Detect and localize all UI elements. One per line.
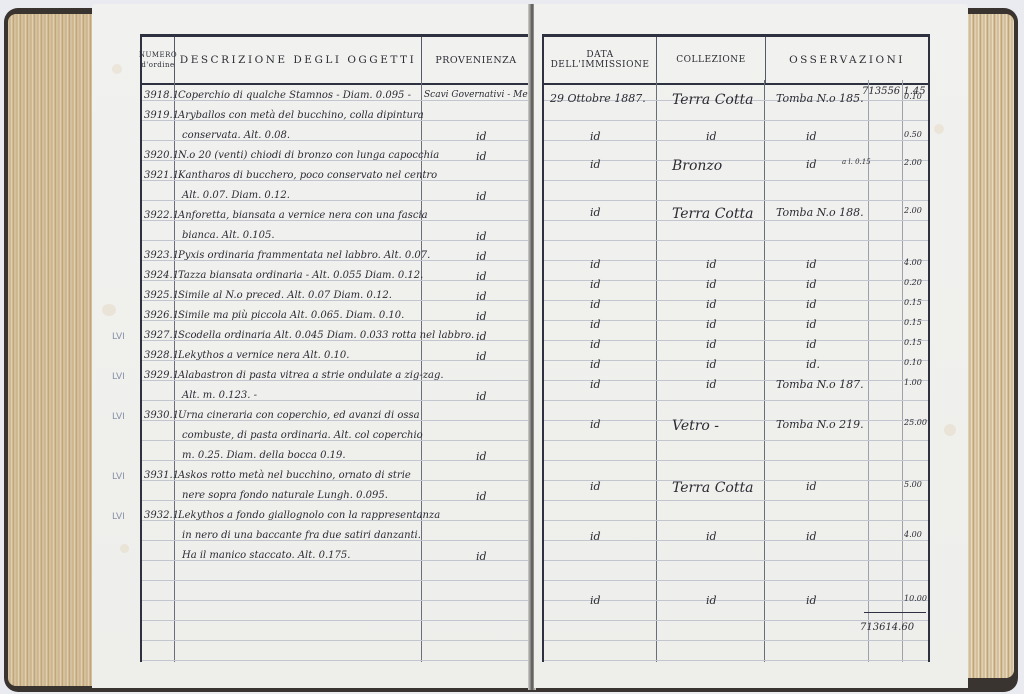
entry-value: 2.00 [904, 206, 922, 215]
ruled-line [544, 600, 928, 601]
entry-date: id [590, 318, 601, 331]
header-descrizione: DESCRIZIONE DEGLI OGGETTI [175, 37, 422, 83]
entry-observations: id [806, 530, 817, 543]
entry-provenance: id [476, 330, 487, 343]
entry-number: 3932.1 [144, 510, 179, 521]
total-underline [864, 612, 926, 613]
right-page: DATA DELL'IMMISSIONE COLLEZIONE OSSERVAZ… [534, 4, 968, 688]
ruled-line [544, 440, 928, 441]
entry-value: 25.00 [904, 418, 927, 427]
ruled-line [544, 560, 928, 561]
entry-collection: id [706, 358, 717, 371]
entry-description-line: Simile al N.o preced. Alt. 0.07 Diam. 0.… [178, 290, 392, 301]
entry-number: 3920.1 [144, 150, 179, 161]
header-numero: NUMERO d'ordine [142, 37, 175, 83]
header-osservazioni: OSSERVAZIONI [766, 37, 928, 83]
entry-number: 3923.1 [144, 250, 179, 261]
entry-provenance: id [476, 230, 487, 243]
entry-description-line: combuste, di pasta ordinaria. Alt. col c… [182, 430, 423, 441]
entry-number: 3918.1 [144, 90, 179, 101]
ruled-line [544, 640, 928, 641]
margin-mark: LVI [112, 332, 125, 342]
entry-description-line: Aryballos con metà del bucchino, colla d… [178, 110, 424, 121]
entry-date: id [590, 378, 601, 391]
ruled-line [544, 460, 928, 461]
entry-provenance: id [476, 150, 487, 163]
ruled-line [544, 320, 928, 321]
ruled-line [142, 600, 530, 601]
entry-number: 3922.1 [144, 210, 179, 221]
left-page: NUMERO d'ordine DESCRIZIONE DEGLI OGGETT… [92, 4, 530, 688]
entry-provenance: id [476, 190, 487, 203]
entry-date: id [590, 418, 601, 431]
entry-value: 1.00 [904, 378, 922, 387]
entry-number: 3930.1 [144, 410, 179, 421]
entry-value: 4.00 [904, 530, 922, 539]
entry-collection: id [706, 318, 717, 331]
entry-value: 0.15 [904, 338, 922, 347]
ruled-line [544, 620, 928, 621]
ruled-line [544, 380, 928, 381]
ruled-line [544, 580, 928, 581]
entry-collection: Terra Cotta [672, 206, 753, 222]
entry-value: 10.00 [904, 594, 927, 603]
entry-observations: Tomba N.o 185. [776, 92, 864, 105]
entry-observations: id [806, 594, 817, 607]
entry-description-line: Ha il manico staccato. Alt. 0.175. [182, 550, 350, 561]
entry-collection: Terra Cotta [672, 480, 753, 496]
entry-collection: Terra Cotta [672, 92, 753, 108]
entry-description-line: Pyxis ordinaria frammentata nel labbro. … [178, 250, 430, 261]
ruled-line [544, 140, 928, 141]
ruled-line [142, 620, 530, 621]
entry-provenance: id [476, 290, 487, 303]
entry-description-line: Tazza biansata ordinaria - Alt. 0.055 Di… [178, 270, 423, 281]
entry-collection: id [706, 298, 717, 311]
entry-number: 3926.1 [144, 310, 179, 321]
entry-number: 3921.1 [144, 170, 179, 181]
entry-date: 29 Ottobre 1887. [550, 92, 646, 105]
column-divider [902, 80, 903, 662]
entry-value: 0.15 [904, 298, 922, 307]
entry-date: id [590, 278, 601, 291]
entry-description-line: Kantharos di bucchero, poco conservato n… [178, 170, 437, 181]
entry-observations: Tomba N.o 219. [776, 418, 864, 431]
ruled-line [544, 500, 928, 501]
entry-date: id [590, 530, 601, 543]
entry-date: id [590, 298, 601, 311]
running-total-bottom: 713614.60 [860, 622, 914, 633]
table-header-left: NUMERO d'ordine DESCRIZIONE DEGLI OGGETT… [142, 34, 530, 85]
entry-description-line: Askos rotto metà nel bucchino, ornato di… [178, 470, 411, 481]
entry-provenance: id [476, 550, 487, 563]
ledger-table-right: DATA DELL'IMMISSIONE COLLEZIONE OSSERVAZ… [542, 34, 930, 662]
entry-observations: id [806, 338, 817, 351]
entry-number: 3927.1 [144, 330, 179, 341]
header-ordine-label: d'ordine [141, 60, 174, 70]
entry-note: a l. 0.15 [842, 158, 871, 166]
entry-collection: Vetro - [672, 418, 719, 434]
entry-observations: id [806, 298, 817, 311]
margin-mark: LVI [112, 372, 125, 382]
entry-number: 3919.1 [144, 110, 179, 121]
entry-observations: id. [806, 358, 820, 371]
table-header-right: DATA DELL'IMMISSIONE COLLEZIONE OSSERVAZ… [544, 34, 928, 85]
header-data: DATA DELL'IMMISSIONE [544, 37, 657, 83]
entry-observations: id [806, 480, 817, 493]
entry-collection: Bronzo [672, 158, 722, 174]
entry-value: 0.10 [904, 358, 922, 367]
entry-provenance: id [476, 490, 487, 503]
entry-provenance: id [476, 250, 487, 263]
entry-value: 0.20 [904, 278, 922, 287]
entry-number: 3929.1 [144, 370, 179, 381]
ruled-line [544, 200, 928, 201]
entry-description-line: Simile ma più piccola Alt. 0.065. Diam. … [178, 310, 404, 321]
entry-number: 3928.1 [144, 350, 179, 361]
entry-number: 3931.1 [144, 470, 179, 481]
entry-collection: id [706, 338, 717, 351]
entry-number: 3924.1 [144, 270, 179, 281]
entry-observations: Tomba N.o 188. [776, 206, 864, 219]
entry-value: 5.00 [904, 480, 922, 489]
column-divider [656, 80, 657, 662]
entry-date: id [590, 594, 601, 607]
margin-mark: LVI [112, 512, 125, 522]
entry-collection: id [706, 278, 717, 291]
ruled-line [544, 260, 928, 261]
entry-collection: id [706, 258, 717, 271]
ruled-line [142, 640, 530, 641]
entry-provenance: id [476, 310, 487, 323]
entry-description-line: Alt. m. 0.123. - [182, 390, 257, 401]
entry-number: 3925.1 [144, 290, 179, 301]
entry-observations: id [806, 318, 817, 331]
entry-date: id [590, 258, 601, 271]
entry-description-line: Alt. 0.07. Diam. 0.12. [182, 190, 290, 201]
entry-provenance: id [476, 390, 487, 403]
entry-provenance: id [476, 270, 487, 283]
ruled-line [544, 520, 928, 521]
column-divider [868, 80, 869, 662]
entry-value: 2.00 [904, 158, 922, 167]
entry-value: 0.15 [904, 318, 922, 327]
entry-description-line: N.o 20 (venti) chiodi di bronzo con lung… [178, 150, 439, 161]
entry-collection: id [706, 130, 717, 143]
entry-observations: id [806, 158, 817, 171]
header-numero-label: NUMERO [139, 50, 177, 60]
ruled-line [544, 540, 928, 541]
ruled-line [142, 580, 530, 581]
header-collezione: COLLEZIONE [657, 37, 766, 83]
ruled-line [544, 280, 928, 281]
entry-collection: id [706, 378, 717, 391]
running-total-top: 713556 1.45 [862, 86, 926, 97]
entry-collection: id [706, 530, 717, 543]
page-edges-left [8, 14, 96, 686]
entry-collection: id [706, 594, 717, 607]
margin-mark: LVI [112, 412, 125, 422]
entry-observations: Tomba N.o 187. [776, 378, 864, 391]
entry-value: 0.50 [904, 130, 922, 139]
ruled-line [544, 120, 928, 121]
entry-date: id [590, 338, 601, 351]
entry-provenance: id [476, 350, 487, 363]
entry-description-line: Lekythos a vernice nera Alt. 0.10. [178, 350, 349, 361]
ruled-line [544, 300, 928, 301]
entry-description-line: in nero di una baccante fra due satiri d… [182, 530, 421, 541]
ruled-line [544, 240, 928, 241]
entry-description-line: Coperchio di qualche Stamnos - Diam. 0.0… [178, 90, 411, 101]
ledger-table-left: NUMERO d'ordine DESCRIZIONE DEGLI OGGETT… [140, 34, 532, 662]
entry-provenance: id [476, 130, 487, 143]
entry-description-line: Anforetta, biansata a vernice nera con u… [178, 210, 428, 221]
header-provenienza: PROVENIENZA [422, 37, 530, 83]
entry-observations: id [806, 130, 817, 143]
ruled-line [544, 400, 928, 401]
entry-date: id [590, 206, 601, 219]
entry-description-line: Urna cineraria con coperchio, ed avanzi … [178, 410, 420, 421]
entry-date: id [590, 130, 601, 143]
ruled-line [544, 180, 928, 181]
entry-observations: id [806, 278, 817, 291]
ruled-line [142, 660, 530, 661]
entry-description-line: Scodella ordinaria Alt. 0.045 Diam. 0.03… [178, 330, 474, 341]
entry-value: 4.00 [904, 258, 922, 267]
entry-date: id [590, 358, 601, 371]
entry-observations: id [806, 258, 817, 271]
ruled-line [544, 660, 928, 661]
entry-description-line: Lekythos a fondo giallognolo con la rapp… [178, 510, 440, 521]
entry-description-line: nere sopra fondo naturale Lungh. 0.095. [182, 490, 388, 501]
margin-mark: LVI [112, 472, 125, 482]
entry-description-line: m. 0.25. Diam. della bocca 0.19. [182, 450, 346, 461]
entry-description-line: Alabastron di pasta vitrea a strie ondul… [178, 370, 444, 381]
entry-description-line: conservata. Alt. 0.08. [182, 130, 290, 141]
entry-provenance: id [476, 450, 487, 463]
ruled-line [544, 340, 928, 341]
column-divider [764, 80, 765, 662]
entry-date: id [590, 158, 601, 171]
entry-description-line: bianca. Alt. 0.105. [182, 230, 275, 241]
ruled-line [544, 420, 928, 421]
ruled-line [544, 360, 928, 361]
entry-date: id [590, 480, 601, 493]
